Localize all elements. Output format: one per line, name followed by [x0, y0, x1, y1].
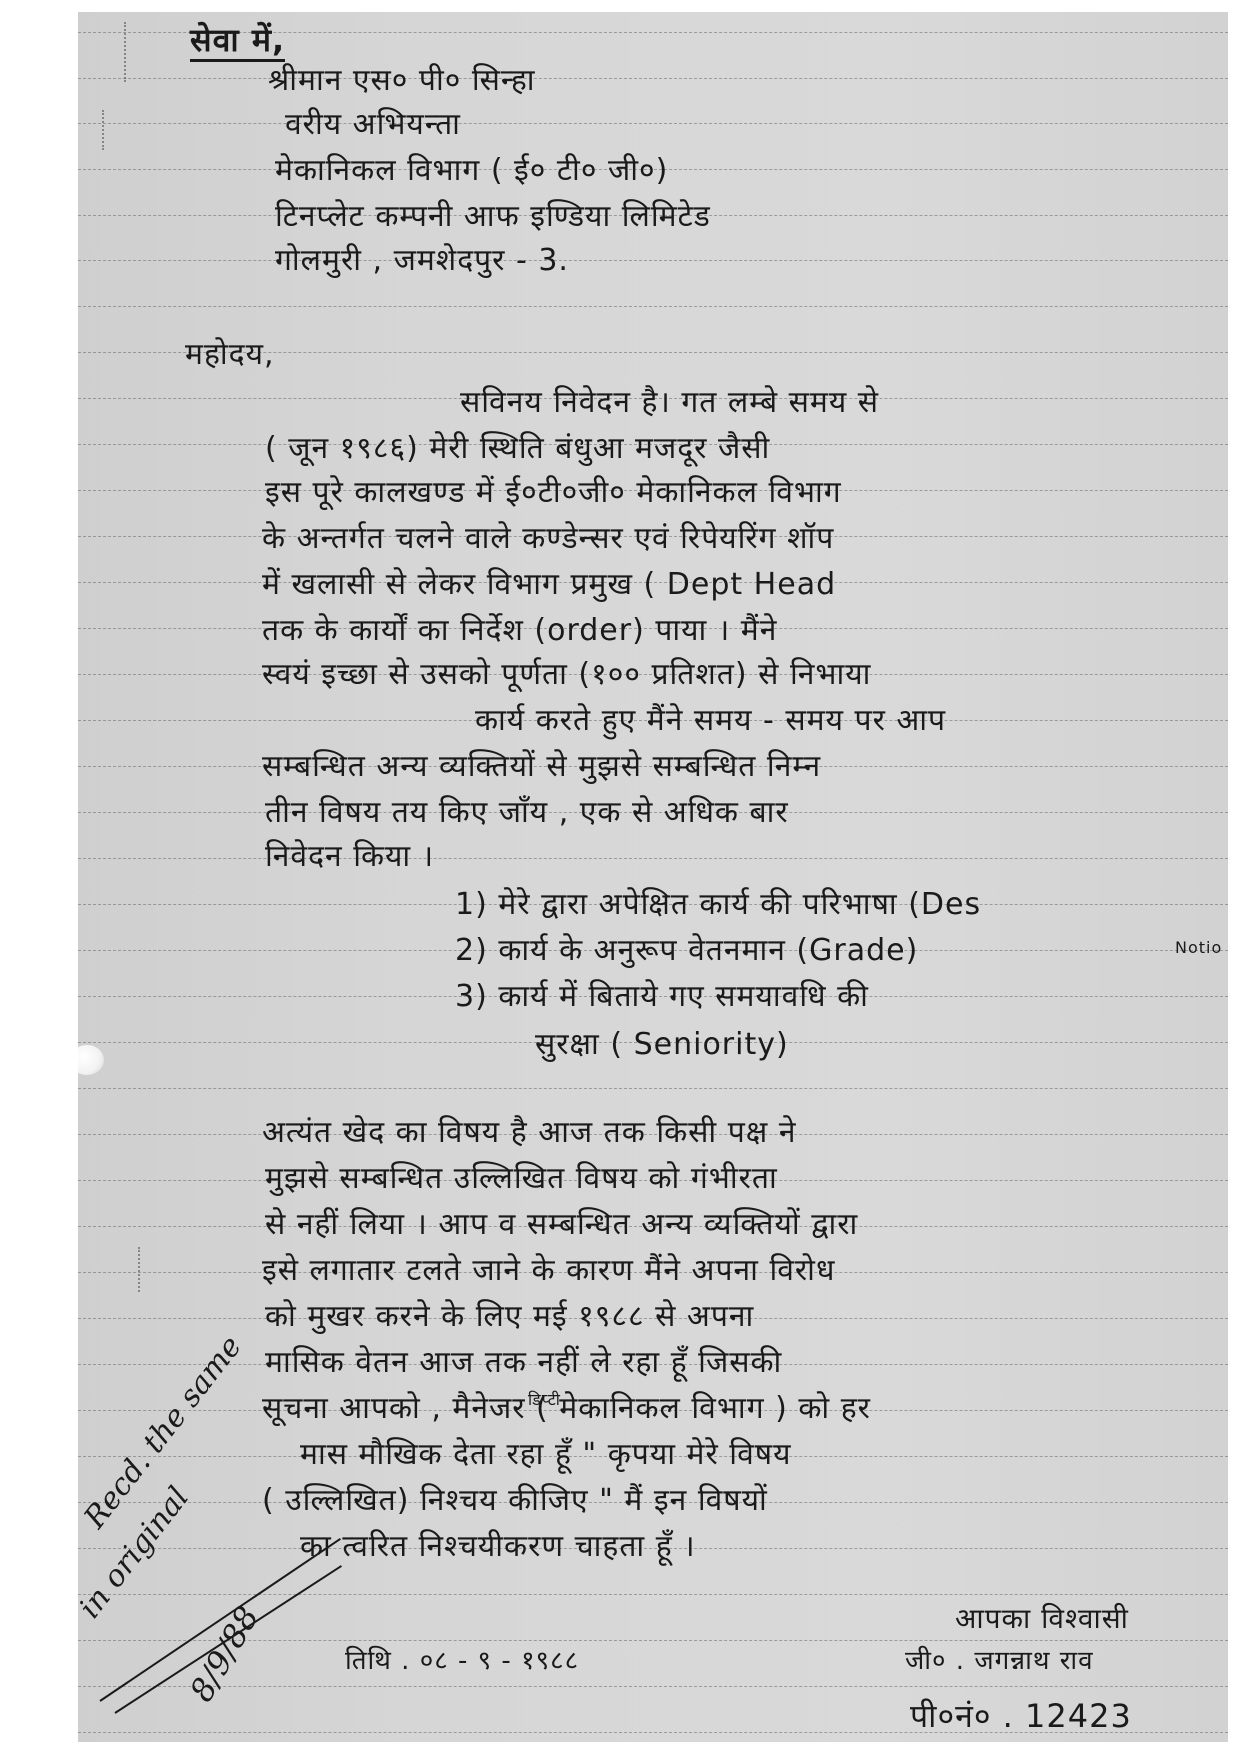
body-line-3: इस पूरे कालखण्ड में ई०टी०जी० मेकानिकल वि… — [265, 478, 842, 508]
recipient-address: गोलमुरी , जमशेदपुर - 3. — [275, 246, 569, 276]
punch-hole — [78, 1045, 104, 1075]
greeting: महोदय, — [185, 340, 275, 370]
body2-line-7: सूचना आपको , मैनेजर ( मेकानिकल विभाग ) क… — [262, 1394, 871, 1424]
list-item-1: 1) मेरे द्वारा अपेक्षित कार्य की परिभाषा… — [455, 890, 981, 920]
sender-name: जी० . जगन्नाथ राव — [905, 1648, 1094, 1674]
date-line: तिथि . ०८ - ९ - १९८८ — [345, 1648, 579, 1674]
recipient-designation: वरीय अभियन्ता — [285, 110, 461, 140]
body-line-7: स्वयं इच्छा से उसको पूर्णता (१०० प्रतिशत… — [262, 660, 871, 690]
body-line-6: तक के कार्यों का निर्देश (order) पाया । … — [262, 616, 777, 646]
body2-line-1: अत्यंत खेद का विषय है आज तक किसी पक्ष ने — [262, 1118, 796, 1148]
body2-line-9: ( उल्लिखित) निश्चय कीजिए " मैं इन विषयों — [262, 1486, 768, 1516]
body2-line-10: का त्वरित निश्चयीकरण चाहता हूँ । — [300, 1532, 696, 1562]
body2-line-6: मासिक वेतन आज तक नहीं ले रहा हूँ जिसकी — [265, 1348, 782, 1378]
list-item-3: 3) कार्य में बिताये गए समयावधि की — [455, 982, 869, 1012]
body-line-5: में खलासी से लेकर विभाग प्रमुख ( Dept He… — [262, 570, 836, 600]
list-margin-note: Notio — [1175, 940, 1222, 956]
salutation-to: सेवा में, — [190, 24, 285, 56]
recipient-company: टिनप्लेट कम्पनी आफ इण्डिया लिमिटेड — [275, 202, 711, 232]
list-item-3-cont: सुरक्षा ( Seniority) — [535, 1030, 789, 1060]
body-line-8: कार्य करते हुए मैंने समय - समय पर आप — [475, 706, 946, 736]
body2-line-2: मुझसे सम्बन्धित उल्लिखित विषय को गंभीरता — [265, 1164, 778, 1194]
body-line-9: सम्बन्धित अन्य व्यक्तियों से मुझसे सम्बन… — [262, 752, 821, 782]
body2-line-3: से नहीं लिया । आप व सम्बन्धित अन्य व्यक्… — [265, 1210, 858, 1240]
body2-line-5: को मुखर करने के लिए मई १९८८ से अपना — [265, 1302, 754, 1332]
list-item-2: 2) कार्य के अनुरूप वेतनमान (Grade) — [455, 936, 918, 966]
body-line-1: सविनय निवेदन है। गत लम्बे समय से — [460, 388, 879, 418]
body-line-11: निवेदन किया । — [265, 842, 434, 872]
closing: आपका विश्वासी — [955, 1605, 1129, 1633]
body-line-10: तीन विषय तय किए जाँय , एक से अधिक बार — [265, 798, 789, 828]
body-line-4: के अन्तर्गत चलने वाले कण्डेन्सर एवं रिपे… — [262, 524, 834, 554]
sender-pno: पी०नं० . 12423 — [910, 1700, 1132, 1732]
body2-line-4: इसे लगातार टलते जाने के कारण मैंने अपना … — [262, 1256, 835, 1286]
recipient-department: मेकानिकल विभाग ( ई० टी० जी०) — [275, 156, 668, 186]
recipient-name: श्रीमान एस० पी० सिन्हा — [268, 66, 536, 96]
body2-line-8: मास मौखिक देता रहा हूँ " कृपया मेरे विषय — [300, 1440, 792, 1470]
body-line-2: ( जून १९८६) मेरी स्थिति बंधुआ मजदूर जैसी — [265, 434, 770, 464]
